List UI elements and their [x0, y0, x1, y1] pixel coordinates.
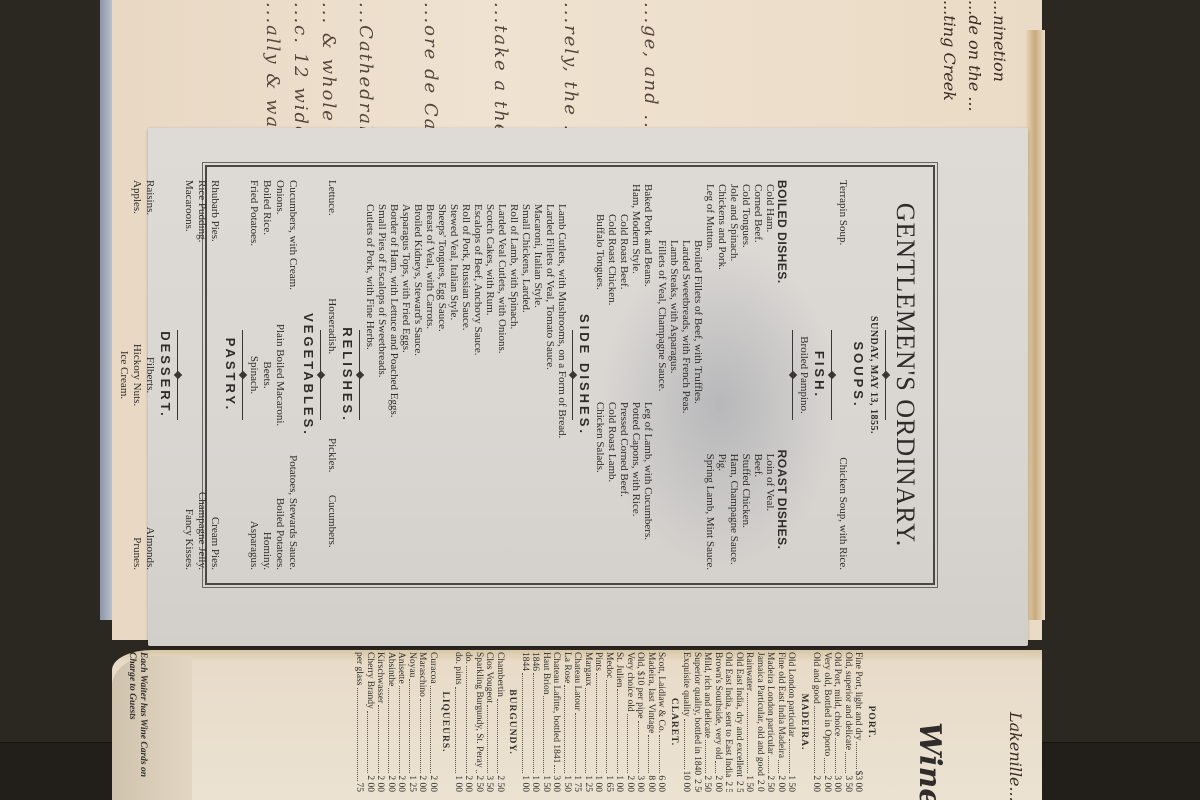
handwriting-fragment: Lakenille... [1006, 712, 1025, 800]
wine-item: Kirschwasser2 00 [375, 652, 386, 792]
menu-item: Cold Roast Chicken. [606, 184, 618, 305]
wine-item: Noyau1 25 [407, 652, 418, 792]
wine-item: Scott, Laidlaw & Co.6 00 [656, 652, 667, 792]
menu-item: Border of Ham, with Lettuce and Poached … [388, 204, 400, 570]
menu-item: Lettuce. [325, 180, 338, 278]
ornament-rule [572, 330, 573, 420]
menu-item: Cutlets of Pork, with Fine Herbs. [364, 204, 376, 570]
wine-item: Maraschino2 00 [417, 652, 428, 792]
wine-item: do. pints1 00 [453, 652, 464, 792]
wine-item: Curacoa2 00 [428, 652, 439, 792]
menu-item: Hickory Nuts. [130, 310, 143, 440]
wine-item: per glass75 [354, 652, 365, 792]
pastry-row: Rice Pudding. Champagne Jelly. [195, 180, 208, 570]
wine-item: Haut Brion1 50 [541, 652, 552, 792]
vegetables-row: Onions. Plain Boiled Macaroni. Boiled Po… [273, 180, 286, 570]
menu-item: Filberts. [143, 310, 156, 440]
menu-item: Lamb Steaks, with Asparagus. [668, 240, 680, 570]
wine-item: Exquisite quality10 00 [681, 652, 692, 792]
menu-content: GENTLEMEN'S ORDINARY. SUNDAY, MAY 13, 18… [206, 166, 934, 584]
menu-item: Chicken Salads. [594, 402, 606, 540]
wine-item: La Rose1 50 [562, 652, 573, 792]
vegetables-heading: VEGETABLES. [301, 180, 316, 570]
menu-item: Fried Potatoes. [247, 180, 260, 310]
menu-item: Prunes. [130, 440, 143, 570]
menu-item: Chickens and Pork. [716, 184, 728, 284]
wine-item: Medoc1 65 [604, 652, 615, 792]
menu-item: Plain Boiled Macaroni. [273, 310, 286, 440]
handwriting-line: ...ge, and ... [640, 2, 661, 138]
ornament-rule [242, 330, 243, 420]
wine-item: Fine Port, light and dry$3 00 [853, 652, 864, 792]
fish-heading: FISH. [812, 180, 827, 570]
boiled-dishes: BOILED DISHES. Cold Ham. Corned Beef. Co… [704, 180, 788, 284]
menu-item: Ham, Modern Style. [630, 184, 642, 305]
dessert-row: Raisins. Filberts. Almonds. [143, 180, 156, 570]
menu-item: Boiled Rice. [260, 180, 273, 310]
menu-item: Boiled Potatoes. [273, 440, 286, 570]
wine-item: 18461 00 [530, 652, 541, 792]
wine-item: Jamaica Particular, old and good2 00 [755, 652, 766, 792]
dessert-row: Ice Cream. [117, 180, 130, 570]
menu-item: Chicken Soup, with Rice. [836, 440, 849, 570]
menu-item: Fancy Kisses. [182, 440, 195, 570]
menu-title: GENTLEMEN'S ORDINARY. [890, 180, 920, 570]
wine-item: Mild, rich and delicate2 50 [702, 652, 713, 792]
wine-item: Margaux1 25 [583, 652, 594, 792]
wine-item: 18441 00 [520, 652, 531, 792]
wine-item: St. Julien1 00 [614, 652, 625, 792]
boiled-heading: BOILED DISHES. [776, 180, 788, 284]
relishes-row: Lettuce. Horseradish. Pickles. Cucumbers… [325, 180, 338, 570]
vegetables-row: Fried Potatoes. Spinach. Asparagus. [247, 180, 260, 570]
wine-item: Rainwater1 50 [744, 652, 755, 792]
wine-item: Clos Vougeot3 50 [484, 652, 495, 792]
menu-item: Stewed Veal, Italian Style. [448, 204, 460, 570]
cold-list: Baked Pork and Beans. Ham, Modern Style.… [594, 180, 654, 305]
section-heading: PORT. [866, 652, 877, 792]
menu-item: Broiled Kidneys, Steward's Sauce. [412, 204, 424, 570]
ornament-rule [359, 330, 360, 420]
wine-item: Old and good2 00 [811, 652, 822, 792]
wine-item: Chateau Lafitte, bottled 18413 00 [551, 652, 562, 792]
boiled-roast-section: BOILED DISHES. Cold Ham. Corned Beef. Co… [704, 180, 788, 570]
page-stack-edge [1025, 30, 1045, 620]
menu-item: Roll of Lamb, with Spinach. [508, 204, 520, 570]
wine-item: Chateau Latour1 75 [572, 652, 583, 792]
wine-list-content: Wine PORT. Fine Port, light and dry$3 00… [178, 652, 938, 800]
roast-heading: ROAST DISHES. [776, 450, 788, 570]
menu-item: Baked Pork and Beans. [642, 184, 654, 305]
roast-dishes: ROAST DISHES. Loin of Veal. Beef. Stuffe… [704, 450, 788, 570]
menu-item: Pig. [716, 454, 728, 570]
wine-item: Pints1 00 [593, 652, 604, 792]
menu-item: Larded Veal Cutlets, with Onions. [496, 204, 508, 570]
menu-item: Jole and Spinach. [728, 184, 740, 284]
dessert-heading: DESSERT. [158, 180, 173, 570]
menu-item: Cold Roast Beef. [618, 184, 630, 305]
menu-item: Broiled Pampino. [797, 310, 810, 440]
wine-heading: Wine [924, 722, 935, 800]
menu-item: Almonds. [143, 440, 156, 570]
menu-item: Larded Sweetbreads, with French Peas. [680, 240, 692, 570]
ornament-rule [831, 330, 832, 420]
menu-item: Horseradish. [325, 278, 338, 376]
menu-item: Breast of Veal, with Carrots. [424, 204, 436, 570]
wine-footer-note: Each Waiter has Wine Cards on Charge to … [127, 652, 148, 800]
wine-item: Madeira, last Vintage8 00 [646, 652, 657, 792]
menu-item: Spinach. [247, 310, 260, 440]
menu-item: Leg of Mutton. [704, 184, 716, 284]
dessert-row: Apples. Hickory Nuts. Prunes. [130, 180, 143, 570]
menu-item: Pickles. [325, 375, 338, 473]
menu-item: Stuffed Chicken. [740, 454, 752, 570]
wine-item: Madeira London particular2 50 [765, 652, 776, 792]
wine-item: Fine old East India Madeira2 00 [776, 652, 787, 792]
wine-item: Superior quality, bottled in 18402 50 [692, 652, 703, 792]
menu-item: Leg of Lamb, with Cucumbers. [642, 402, 654, 540]
wine-item: Old London particular1 50 [786, 652, 797, 792]
menu-item: Macaroons. [182, 180, 195, 310]
menu-item: Cucumbers. [325, 473, 338, 571]
wine-item: Very choice old2 00 [625, 652, 636, 792]
section-heading: LIQUEURS. [440, 652, 451, 792]
menu-item: Terrapin Soup. [836, 180, 849, 310]
menu-item: Roll of Pork, Russian Sauce. [460, 204, 472, 570]
menu-item: Ham, Champagne Sauce. [728, 454, 740, 570]
ornament-rule [792, 330, 793, 420]
wine-item: Anisette2 00 [396, 652, 407, 792]
menu-item: Potted Capons, with Rice. [630, 402, 642, 540]
menu-item: Cold Roast Lamb. [606, 402, 618, 540]
handwriting-line: ...rely, the ... [560, 2, 581, 148]
section-heading: BURGUNDY. [507, 652, 518, 792]
wine-item: Very old, Bottled in Oporto2 00 [822, 652, 833, 792]
section-heading: MADEIRA. [799, 652, 810, 792]
section-heading: CLARET. [669, 652, 680, 792]
entree-list: Broiled Fillets of Beef, with Truffles. … [656, 180, 704, 570]
cold-meats-section: Baked Pork and Beans. Ham, Modern Style.… [594, 180, 654, 570]
handwriting-line: ...ting Creek [940, 0, 959, 101]
soups-row: Terrapin Soup. Chicken Soup, with Rice. [836, 180, 849, 570]
wine-item: Cherry Brandy2 00 [365, 652, 376, 792]
menu-item: Lamb Cutlets, with Mushrooms, on a Form … [556, 204, 568, 570]
menu-item: Larded Fillets of Veal, Tomato Sauce. [544, 204, 556, 570]
menu-item: Corned Beef. [752, 184, 764, 284]
ornament-rule [320, 330, 321, 420]
wine-item: Old Port, mild, choice3 00 [832, 652, 843, 792]
menu-item: Pressed Corned Beef. [618, 402, 630, 540]
roast-extra-list: Leg of Lamb, with Cucumbers. Potted Capo… [594, 402, 654, 570]
menu-item: Asparagus Tops, with Fried Eggs. [400, 204, 412, 570]
menu-item: Sheeps' Tongues, Egg Sauce. [436, 204, 448, 570]
menu-item: Buffalo Tongues. [594, 184, 606, 305]
menu-item: Macaroni, Italian Style. [532, 204, 544, 570]
menu-item: Asparagus. [247, 440, 260, 570]
wine-item: Brown's Southside, very old2 00 [713, 652, 724, 792]
menu-item: Rhubarb Pies. [208, 180, 221, 310]
menu-item: Rice Pudding. [195, 180, 208, 310]
pastry-row: Rhubarb Pies. Cream Pies. [208, 180, 221, 570]
wine-item: Absinthe2 00 [386, 652, 397, 792]
menu-item: Fillets of Veal, Champagne Sauce. [656, 240, 668, 570]
menu-item: Spring Lamb, Mint Sauce. [704, 454, 716, 570]
menu-item: Beef. [752, 454, 764, 570]
menu-item: Champagne Jelly. [195, 440, 208, 570]
pastry-heading: PASTRY. [223, 180, 238, 570]
side-dishes-list: Lamb Cutlets, with Mushrooms, on a Form … [364, 180, 568, 570]
handwriting-line: ...ally & wan [262, 2, 283, 143]
menu-item: Onions. [273, 180, 286, 310]
menu-item [286, 310, 299, 440]
menu-item: Ice Cream. [117, 310, 130, 440]
port-section: PORT. Fine Port, light and dry$3 00 Old,… [354, 652, 878, 792]
side-dishes-heading: SIDE DISHES. [577, 180, 592, 570]
ornament-rule [177, 330, 178, 420]
menu-item: Potatoes, Stewards Sauce. [286, 440, 299, 570]
menu-item: Beets. [260, 310, 273, 440]
handwriting-line: ...take a the [490, 2, 511, 136]
menu-item: Cucumbers, with Cream. [286, 180, 299, 310]
menu-date: SUNDAY, MAY 13, 1855. [868, 180, 879, 570]
menu-item: Broiled Fillets of Beef, with Truffles. [692, 240, 704, 570]
wine-item: Old East India, sent to East India2 50 [723, 652, 734, 792]
handwriting-line: ...Cathedral [355, 2, 376, 134]
ornament-rule [885, 330, 886, 420]
relishes-heading: RELISHES. [340, 180, 355, 570]
vegetables-row: Boiled Rice. Beets. Hominy. [260, 180, 273, 570]
menu-item: Escalops of Beef, Anchovy Sauce. [472, 204, 484, 570]
handwriting-line: ...ninetion [990, 0, 1009, 82]
wine-item: Old, $10 per pipe3 00 [635, 652, 646, 792]
menu-item: Apples. [130, 180, 143, 310]
wine-item: Chambertin2 50 [495, 652, 506, 792]
menu-item: Small Chickens, Larded. [520, 204, 532, 570]
wine-item: Old, superior and delicate3 50 [843, 652, 854, 792]
menu-item: Hominy. [260, 440, 273, 570]
fish-row: Broiled Pampino. [797, 180, 810, 570]
handwriting-line: ...de on the ... [965, 0, 984, 112]
pastry-row: Macaroons. Fancy Kisses. [182, 180, 195, 570]
soups-heading: SOUPS. [851, 180, 866, 570]
vegetables-row: Cucumbers, with Cream. Potatoes, Steward… [286, 180, 299, 570]
menu-item: Small Pies of Escalops of Sweetbreads. [376, 204, 388, 570]
menu-item: Cold Tongues. [740, 184, 752, 284]
wine-item: Old East India, dry and excellent2 50 [734, 652, 745, 792]
menu-item: Raisins. [143, 180, 156, 310]
wine-item: Sparkling Burgundy, St. Peray2 50 [474, 652, 485, 792]
wine-item: do.2 00 [463, 652, 474, 792]
menu-item: Cream Pies. [208, 440, 221, 570]
menu-item: Scotch Cakes, with Rum. [484, 204, 496, 570]
